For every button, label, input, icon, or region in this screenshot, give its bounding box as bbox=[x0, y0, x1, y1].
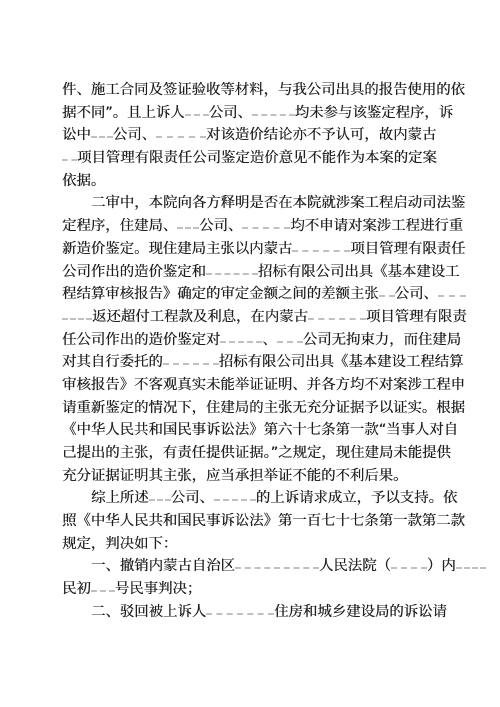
text-segment: 对该造价结论亦不予认可，故内蒙古 bbox=[206, 127, 436, 143]
text-line: 一、撤销内蒙古自治区人民法院（）内 bbox=[62, 555, 470, 578]
text-segment: 项目管理有限责 bbox=[366, 309, 467, 325]
text-segment: 招标有限公司出具《基本建设工程结算 bbox=[219, 354, 464, 370]
text-segment: 审核报告》不客观真实未能举证证明、并各方均不对案涉工程申 bbox=[62, 377, 465, 393]
redaction-mark bbox=[62, 153, 77, 161]
text-line: 审核报告》不客观真实未能举证证明、并各方均不对案涉工程申 bbox=[62, 374, 470, 397]
text-segment: 依据。 bbox=[62, 173, 105, 189]
text-line: 据不同”。且上诉人公司、均未参与该鉴定程序，诉 bbox=[62, 102, 470, 125]
redaction-mark bbox=[177, 221, 199, 229]
redaction-mark bbox=[308, 312, 366, 320]
document-body: 件、施工合同及签证验收等材料，与我公司出具的报告使用的依据不同”。且上诉人公司、… bbox=[62, 79, 470, 624]
text-segment: 程结算审核报告》确定的审定金额之间的差额主张 bbox=[62, 286, 379, 302]
redaction-mark bbox=[206, 267, 258, 275]
redaction-mark bbox=[235, 561, 319, 569]
text-line: 二审中，本院向各方释明是否在本院就涉案工程启动司法鉴 bbox=[62, 192, 470, 215]
text-segment: 住房和城乡建设局的诉讼请 bbox=[274, 604, 447, 620]
text-segment: 二、驳回被上诉人 bbox=[91, 604, 206, 620]
text-segment: 《中华人民共和国民事诉讼法》第六十七条第一款“当事人对自 bbox=[62, 422, 458, 438]
text-segment: 件、施工合同及签证验收等材料，与我公司出具的报告使用的依 bbox=[62, 82, 465, 98]
text-line: 定程序，住建局、公司、均不申请对案涉工程进行重 bbox=[62, 215, 470, 238]
text-segment: 公司、 bbox=[209, 105, 252, 121]
redaction-mark bbox=[156, 130, 206, 138]
text-segment: 项目管理有限责任公司鉴定造价意见不能作为本案的定案 bbox=[77, 150, 437, 166]
redaction-mark bbox=[206, 607, 274, 615]
text-segment: 的上诉请求成立，予以支持。依 bbox=[256, 490, 457, 506]
text-line: 己提出的主张，有责任提供证据。”之规定，现住建局未能提供 bbox=[62, 442, 470, 465]
text-segment: 公司、 bbox=[395, 286, 438, 302]
redaction-mark bbox=[220, 335, 262, 343]
text-line: 请重新鉴定的情况下，住建局的主张无充分证据予以证实。根据 bbox=[62, 397, 470, 420]
text-segment: 照《中华人民共和国民事诉讼法》第一百七十七条第一款第二款 bbox=[62, 513, 465, 529]
text-line: 综上所述公司、的上诉请求成立，予以支持。依 bbox=[62, 487, 470, 510]
text-segment: 综上所述 bbox=[91, 490, 149, 506]
text-segment: 均不申请对案涉工程进行重 bbox=[290, 218, 463, 234]
text-segment: 返还超付工程款及利息，在内蒙古 bbox=[92, 309, 308, 325]
text-segment: 规定，判决如下： bbox=[62, 536, 177, 552]
text-segment: 公司、 bbox=[113, 127, 156, 143]
redaction-mark bbox=[292, 244, 350, 252]
text-segment: 请重新鉴定的情况下，住建局的主张无充分证据予以证实。根据 bbox=[62, 400, 465, 416]
redaction-mark bbox=[242, 221, 290, 229]
text-segment: 号民事判决； bbox=[115, 581, 201, 597]
text-segment: 项目管理有限责任 bbox=[350, 241, 465, 257]
text-line: 充分证据证明其主张，应当承担举证不能的不利后果。 bbox=[62, 465, 470, 488]
redaction-mark bbox=[252, 108, 295, 116]
redaction-mark bbox=[185, 108, 209, 116]
text-line: 依据。 bbox=[62, 170, 470, 193]
text-line: 项目管理有限责任公司鉴定造价意见不能作为本案的定案 bbox=[62, 147, 470, 170]
text-line: 新造价鉴定。现住建局主张以内蒙古项目管理有限责任 bbox=[62, 238, 470, 261]
text-line: 返还超付工程款及利息，在内蒙古项目管理有限责 bbox=[62, 306, 470, 329]
redaction-mark bbox=[456, 561, 486, 569]
text-segment: 公司无拘束力，而住建局 bbox=[303, 332, 461, 348]
text-segment: 均未参与该鉴定程序，诉 bbox=[295, 105, 453, 121]
text-line: 公司作出的造价鉴定和招标有限公司出具《基本建设工 bbox=[62, 261, 470, 284]
text-line: 对其自行委托的招标有限公司出具《基本建设工程结算 bbox=[62, 351, 470, 374]
text-segment: 公司、 bbox=[199, 218, 242, 234]
redaction-mark bbox=[163, 357, 219, 365]
text-segment: 己提出的主张，有责任提供证据。”之规定，现住建局未能提供 bbox=[62, 445, 451, 461]
text-segment: 、 bbox=[262, 332, 276, 348]
text-line: 任公司作出的造价鉴定对、公司无拘束力，而住建局 bbox=[62, 329, 470, 352]
text-line: 二、驳回被上诉人住房和城乡建设局的诉讼请 bbox=[62, 601, 470, 624]
redaction-mark bbox=[391, 561, 427, 569]
text-line: 照《中华人民共和国民事诉讼法》第一百七十七条第一款第二款 bbox=[62, 510, 470, 533]
redaction-mark bbox=[62, 312, 92, 320]
text-segment: ）内 bbox=[427, 558, 456, 574]
redaction-mark bbox=[438, 289, 466, 297]
text-segment: 据不同”。且上诉人 bbox=[62, 105, 185, 121]
judgment-page: 件、施工合同及签证验收等材料，与我公司出具的报告使用的依据不同”。且上诉人公司、… bbox=[0, 0, 500, 707]
text-segment: 讼中 bbox=[62, 127, 91, 143]
text-line: 件、施工合同及签证验收等材料，与我公司出具的报告使用的依 bbox=[62, 79, 470, 102]
text-segment: 新造价鉴定。现住建局主张以内蒙古 bbox=[62, 241, 292, 257]
text-segment: 充分证据证明其主张，应当承担举证不能的不利后果。 bbox=[62, 468, 407, 484]
redaction-mark bbox=[91, 130, 113, 138]
text-segment: 一、撤销内蒙古自治区 bbox=[91, 558, 235, 574]
text-segment: 定程序，住建局、 bbox=[62, 218, 177, 234]
redaction-mark bbox=[277, 335, 303, 343]
text-line: 民初号民事判决； bbox=[62, 578, 470, 601]
text-segment: 人民法院（ bbox=[319, 558, 391, 574]
text-line: 规定，判决如下： bbox=[62, 533, 470, 556]
text-line: 讼中公司、对该造价结论亦不予认可，故内蒙古 bbox=[62, 124, 470, 147]
text-segment: 对其自行委托的 bbox=[62, 354, 163, 370]
redaction-mark bbox=[91, 584, 115, 592]
text-segment: 公司作出的造价鉴定和 bbox=[62, 264, 206, 280]
redaction-mark bbox=[379, 289, 395, 297]
redaction-mark bbox=[214, 493, 256, 501]
text-segment: 民初 bbox=[62, 581, 91, 597]
text-segment: 二审中，本院向各方释明是否在本院就涉案工程启动司法鉴 bbox=[91, 195, 465, 211]
text-segment: 招标有限公司出具《基本建设工 bbox=[258, 264, 459, 280]
text-segment: 公司、 bbox=[171, 490, 214, 506]
text-line: 《中华人民共和国民事诉讼法》第六十七条第一款“当事人对自 bbox=[62, 419, 470, 442]
redaction-mark bbox=[149, 493, 171, 501]
text-line: 程结算审核报告》确定的审定金额之间的差额主张公司、 bbox=[62, 283, 470, 306]
text-segment: 任公司作出的造价鉴定对 bbox=[62, 332, 220, 348]
